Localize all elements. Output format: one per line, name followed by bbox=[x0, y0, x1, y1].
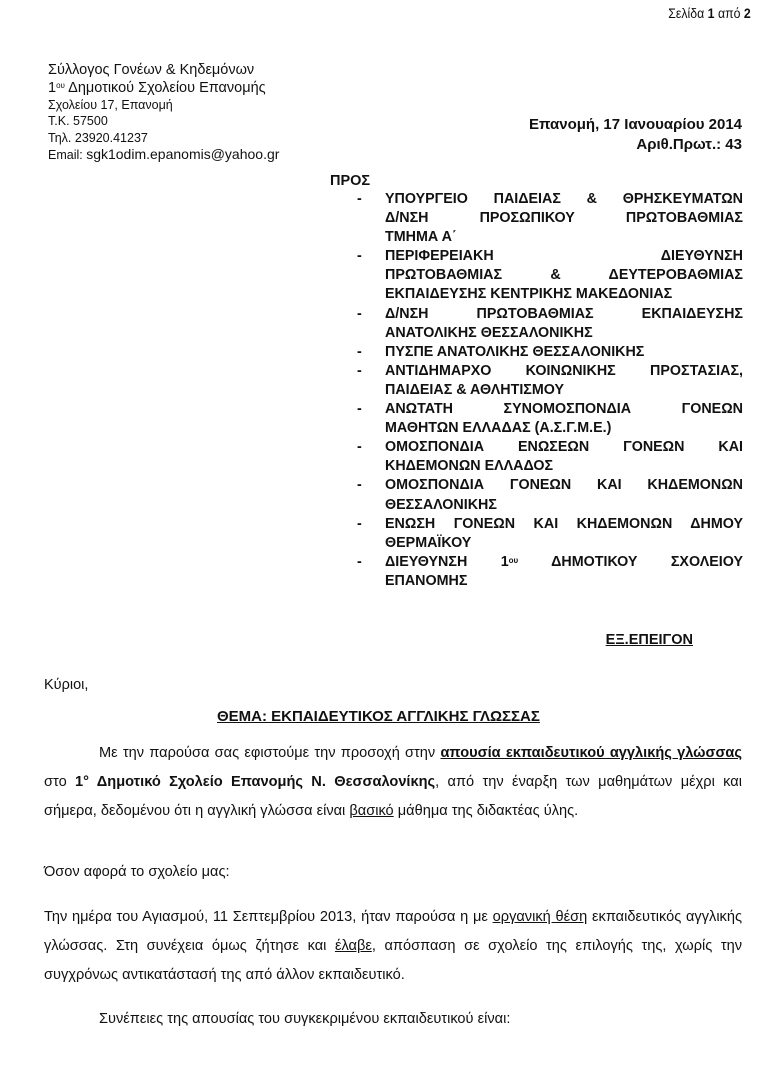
place-date: Επανομή, 17 Ιανουαρίου 2014 bbox=[529, 115, 742, 135]
bullet-dash-icon bbox=[357, 419, 385, 438]
recipient-text: ΕΠΑΝΟΜΗΣ bbox=[385, 572, 743, 591]
recipient-text: ΘΕΡΜΑΪΚΟΥ bbox=[385, 534, 743, 553]
email-address: sgk1odim.epanomis@yahoo.gr bbox=[86, 146, 279, 162]
recipient-item-continuation: ΜΑΘΗΤΩΝ ΕΛΛΑΔΑΣ (Α.Σ.Γ.Μ.Ε.) bbox=[357, 419, 743, 438]
bullet-dash-icon: - bbox=[357, 305, 385, 324]
recipient-text: ΟΜΟΣΠΟΝΔΙΑ ΓΟΝΕΩΝ ΚΑΙ ΚΗΔΕΜΟΝΩΝ bbox=[385, 476, 743, 495]
recipients-label: ΠΡΟΣ bbox=[330, 173, 370, 189]
sender-name-line2: 1ου Δημοτικού Σχολείου Επανομής bbox=[48, 79, 279, 97]
recipient-item: -ΟΜΟΣΠΟΝΔΙΑ ΕΝΩΣΕΩΝ ΓΟΝΕΩΝ ΚΑΙ bbox=[357, 438, 743, 457]
recipient-text: ΘΕΣΣΑΛΟΝΙΚΗΣ bbox=[385, 496, 743, 515]
recipient-item: -ΑΝΤΙΔΗΜΑΡΧΟ ΚΟΙΝΩΝΙΚΗΣ ΠΡΟΣΤΑΣΙΑΣ, bbox=[357, 362, 743, 381]
bullet-dash-icon bbox=[357, 496, 385, 515]
recipient-text: Δ/ΝΣΗ ΠΡΟΣΩΠΙΚΟΥ ΠΡΩΤΟΒΑΘΜΙΑΣ bbox=[385, 209, 743, 228]
sender-address: Σχολείου 17, Επανομή bbox=[48, 97, 279, 113]
recipient-text: ΠΡΩΤΟΒΑΘΜΙΑΣ & ΔΕΥΤΕΡΟΒΑΘΜΙΑΣ bbox=[385, 266, 743, 285]
body-paragraph-4: Συνέπειες της απουσίας του συγκεκριμένου… bbox=[44, 1005, 742, 1034]
recipient-item: -ΠΕΡΙΦΕΡΕΙΑΚΗ ΔΙΕΥΘΥΝΣΗ bbox=[357, 247, 743, 266]
bullet-dash-icon bbox=[357, 534, 385, 553]
bullet-dash-icon: - bbox=[357, 247, 385, 266]
recipient-item-continuation: ΠΑΙΔΕΙΑΣ & ΑΘΛΗΤΙΣΜΟΥ bbox=[357, 381, 743, 400]
dateline: Επανομή, 17 Ιανουαρίου 2014 Αριθ.Πρωτ.: … bbox=[529, 115, 742, 155]
recipient-text: ΚΗΔΕΜΟΝΩΝ ΕΛΛΑΔΟΣ bbox=[385, 457, 743, 476]
ordinal-suffix: ου bbox=[56, 81, 65, 90]
body-paragraph-1: Με την παρούσα σας εφιστούμε την προσοχή… bbox=[44, 739, 742, 826]
recipient-text: ΠΕΡΙΦΕΡΕΙΑΚΗ ΔΙΕΥΘΥΝΣΗ bbox=[385, 247, 743, 266]
sender-name-line1: Σύλλογος Γονέων & Κηδεμόνων bbox=[48, 61, 279, 79]
email-label: Email: bbox=[48, 148, 86, 162]
page-prefix: Σελίδα bbox=[669, 5, 705, 21]
recipient-text: ΠΑΙΔΕΙΑΣ & ΑΘΛΗΤΙΣΜΟΥ bbox=[385, 381, 743, 400]
recipient-text: ΔΙΕΥΘΥΝΣΗ 1ου ΔΗΜΟΤΙΚΟΥ ΣΧΟΛΕΙΟΥ bbox=[385, 553, 743, 572]
recipient-item-continuation: ΤΜΗΜΑ Α΄ bbox=[357, 228, 743, 247]
recipient-item-continuation: ΕΚΠΑΙΔΕΥΣΗΣ ΚΕΝΤΡΙΚΗΣ ΜΑΚΕΔΟΝΙΑΣ bbox=[357, 285, 743, 304]
bullet-dash-icon bbox=[357, 457, 385, 476]
sender-block: Σύλλογος Γονέων & Κηδεμόνων 1ου Δημοτικο… bbox=[48, 61, 279, 163]
emphasis-received: έλαβε bbox=[335, 938, 372, 954]
greeting: Κύριοι, bbox=[44, 677, 88, 693]
recipient-text: ΑΝΤΙΔΗΜΑΡΧΟ ΚΟΙΝΩΝΙΚΗΣ ΠΡΟΣΤΑΣΙΑΣ, bbox=[385, 362, 743, 381]
bullet-dash-icon bbox=[357, 285, 385, 304]
sender-postal-code: Τ.Κ. 57500 bbox=[48, 113, 279, 129]
page-current: 1 bbox=[708, 5, 715, 21]
recipient-item-continuation: ΕΠΑΝΟΜΗΣ bbox=[357, 572, 743, 591]
recipient-item: -ΥΠΟΥΡΓΕΙΟ ΠΑΙΔΕΙΑΣ & ΘΡΗΣΚΕΥΜΑΤΩΝ bbox=[357, 190, 743, 209]
recipient-item: -Δ/ΝΣΗ ΠΡΩΤΟΒΑΘΜΙΑΣ ΕΚΠΑΙΔΕΥΣΗΣ bbox=[357, 305, 743, 324]
subject-line: ΘΕΜΑ: ΕΚΠΑΙΔΕΥΤΙΚΟΣ ΑΓΓΛΙΚΗΣ ΓΛΩΣΣΑΣ bbox=[217, 708, 540, 725]
recipient-item-continuation: ΑΝΑΤΟΛΙΚΗΣ ΘΕΣΣΑΛΟΝΙΚΗΣ bbox=[357, 324, 743, 343]
bullet-dash-icon bbox=[357, 209, 385, 228]
bullet-dash-icon bbox=[357, 266, 385, 285]
recipient-text: ΠΥΣΠΕ ΑΝΑΤΟΛΙΚΗΣ ΘΕΣΣΑΛΟΝΙΚΗΣ bbox=[385, 343, 743, 362]
recipient-text: Δ/ΝΣΗ ΠΡΩΤΟΒΑΘΜΙΑΣ ΕΚΠΑΙΔΕΥΣΗΣ bbox=[385, 305, 743, 324]
sender-email-line: Email: sgk1odim.epanomis@yahoo.gr bbox=[48, 146, 279, 163]
recipient-text: ΕΚΠΑΙΔΕΥΣΗΣ ΚΕΝΤΡΙΚΗΣ ΜΑΚΕΔΟΝΙΑΣ bbox=[385, 285, 743, 304]
recipient-text: ΥΠΟΥΡΓΕΙΟ ΠΑΙΔΕΙΑΣ & ΘΡΗΣΚΕΥΜΑΤΩΝ bbox=[385, 190, 743, 209]
recipient-item-continuation: ΠΡΩΤΟΒΑΘΜΙΑΣ & ΔΕΥΤΕΡΟΒΑΘΜΙΑΣ bbox=[357, 266, 743, 285]
sender-phone: Τηλ. 23920.41237 bbox=[48, 130, 279, 146]
text: Την ημέρα του Αγιασμού, 11 Σεπτεμβρίου 2… bbox=[44, 909, 493, 925]
recipient-item-continuation: ΘΕΡΜΑΪΚΟΥ bbox=[357, 534, 743, 553]
emphasis-absence: απουσία εκπαιδευτικού αγγλικής γλώσσας bbox=[440, 745, 742, 761]
bullet-dash-icon bbox=[357, 381, 385, 400]
recipient-item: -ΑΝΩΤΑΤΗ ΣΥΝΟΜΟΣΠΟΝΔΙΑ ΓΟΝΕΩΝ bbox=[357, 400, 743, 419]
emphasis-permanent-post: οργανική θέση bbox=[493, 909, 588, 925]
emphasis-school: 1° Δημοτικό Σχολείο Επανομής Ν. Θεσσαλον… bbox=[75, 774, 435, 790]
recipient-item-continuation: ΚΗΔΕΜΟΝΩΝ ΕΛΛΑΔΟΣ bbox=[357, 457, 743, 476]
bullet-dash-icon bbox=[357, 572, 385, 591]
recipient-text: ΕΝΩΣΗ ΓΟΝΕΩΝ ΚΑΙ ΚΗΔΕΜΟΝΩΝ ΔΗΜΟΥ bbox=[385, 515, 743, 534]
recipient-item: -ΠΥΣΠΕ ΑΝΑΤΟΛΙΚΗΣ ΘΕΣΣΑΛΟΝΙΚΗΣ bbox=[357, 343, 743, 362]
bullet-dash-icon bbox=[357, 228, 385, 247]
recipient-text: ΟΜΟΣΠΟΝΔΙΑ ΕΝΩΣΕΩΝ ΓΟΝΕΩΝ ΚΑΙ bbox=[385, 438, 743, 457]
bullet-dash-icon: - bbox=[357, 438, 385, 457]
emphasis-basic: βασικό bbox=[349, 803, 393, 819]
recipient-text: ΜΑΘΗΤΩΝ ΕΛΛΑΔΑΣ (Α.Σ.Γ.Μ.Ε.) bbox=[385, 419, 743, 438]
ordinal-number: 1 bbox=[48, 80, 56, 96]
recipient-text: ΑΝΩΤΑΤΗ ΣΥΝΟΜΟΣΠΟΝΔΙΑ ΓΟΝΕΩΝ bbox=[385, 400, 743, 419]
recipient-text: ΑΝΑΤΟΛΙΚΗΣ ΘΕΣΣΑΛΟΝΙΚΗΣ bbox=[385, 324, 743, 343]
bullet-dash-icon: - bbox=[357, 190, 385, 209]
school-name: Δημοτικού Σχολείου Επανομής bbox=[65, 80, 266, 96]
recipients-list: -ΥΠΟΥΡΓΕΙΟ ΠΑΙΔΕΙΑΣ & ΘΡΗΣΚΕΥΜΑΤΩΝΔ/ΝΣΗ … bbox=[357, 190, 743, 591]
recipient-text: ΤΜΗΜΑ Α΄ bbox=[385, 228, 743, 247]
recipient-item-continuation: ΘΕΣΣΑΛΟΝΙΚΗΣ bbox=[357, 496, 743, 515]
bullet-dash-icon: - bbox=[357, 515, 385, 534]
recipient-item-continuation: Δ/ΝΣΗ ΠΡΟΣΩΠΙΚΟΥ ΠΡΩΤΟΒΑΘΜΙΑΣ bbox=[357, 209, 743, 228]
protocol-number: Αριθ.Πρωτ.: 43 bbox=[529, 135, 742, 155]
bullet-dash-icon bbox=[357, 324, 385, 343]
recipient-item: -ΟΜΟΣΠΟΝΔΙΑ ΓΟΝΕΩΝ ΚΑΙ ΚΗΔΕΜΟΝΩΝ bbox=[357, 476, 743, 495]
recipient-item: -ΔΙΕΥΘΥΝΣΗ 1ου ΔΗΜΟΤΙΚΟΥ ΣΧΟΛΕΙΟΥ bbox=[357, 553, 743, 572]
bullet-dash-icon: - bbox=[357, 400, 385, 419]
bullet-dash-icon: - bbox=[357, 343, 385, 362]
body-paragraph-2: Όσον αφορά το σχολείο μας: bbox=[44, 858, 742, 887]
page-middle: από bbox=[718, 5, 740, 21]
bullet-dash-icon: - bbox=[357, 553, 385, 572]
text: Με την παρούσα σας εφιστούμε την προσοχή… bbox=[99, 745, 440, 761]
page-total: 2 bbox=[744, 5, 751, 21]
body-paragraph-3: Την ημέρα του Αγιασμού, 11 Σεπτεμβρίου 2… bbox=[44, 903, 742, 990]
recipient-item: -ΕΝΩΣΗ ΓΟΝΕΩΝ ΚΑΙ ΚΗΔΕΜΟΝΩΝ ΔΗΜΟΥ bbox=[357, 515, 743, 534]
text: στο bbox=[44, 774, 75, 790]
text: μάθημα της διδακτέας ύλης. bbox=[394, 803, 579, 819]
bullet-dash-icon: - bbox=[357, 362, 385, 381]
urgency-label: ΕΞ.ΕΠΕΙΓΟΝ bbox=[606, 632, 693, 648]
page-indicator: Σελίδα 1 από 2 bbox=[669, 5, 751, 21]
bullet-dash-icon: - bbox=[357, 476, 385, 495]
